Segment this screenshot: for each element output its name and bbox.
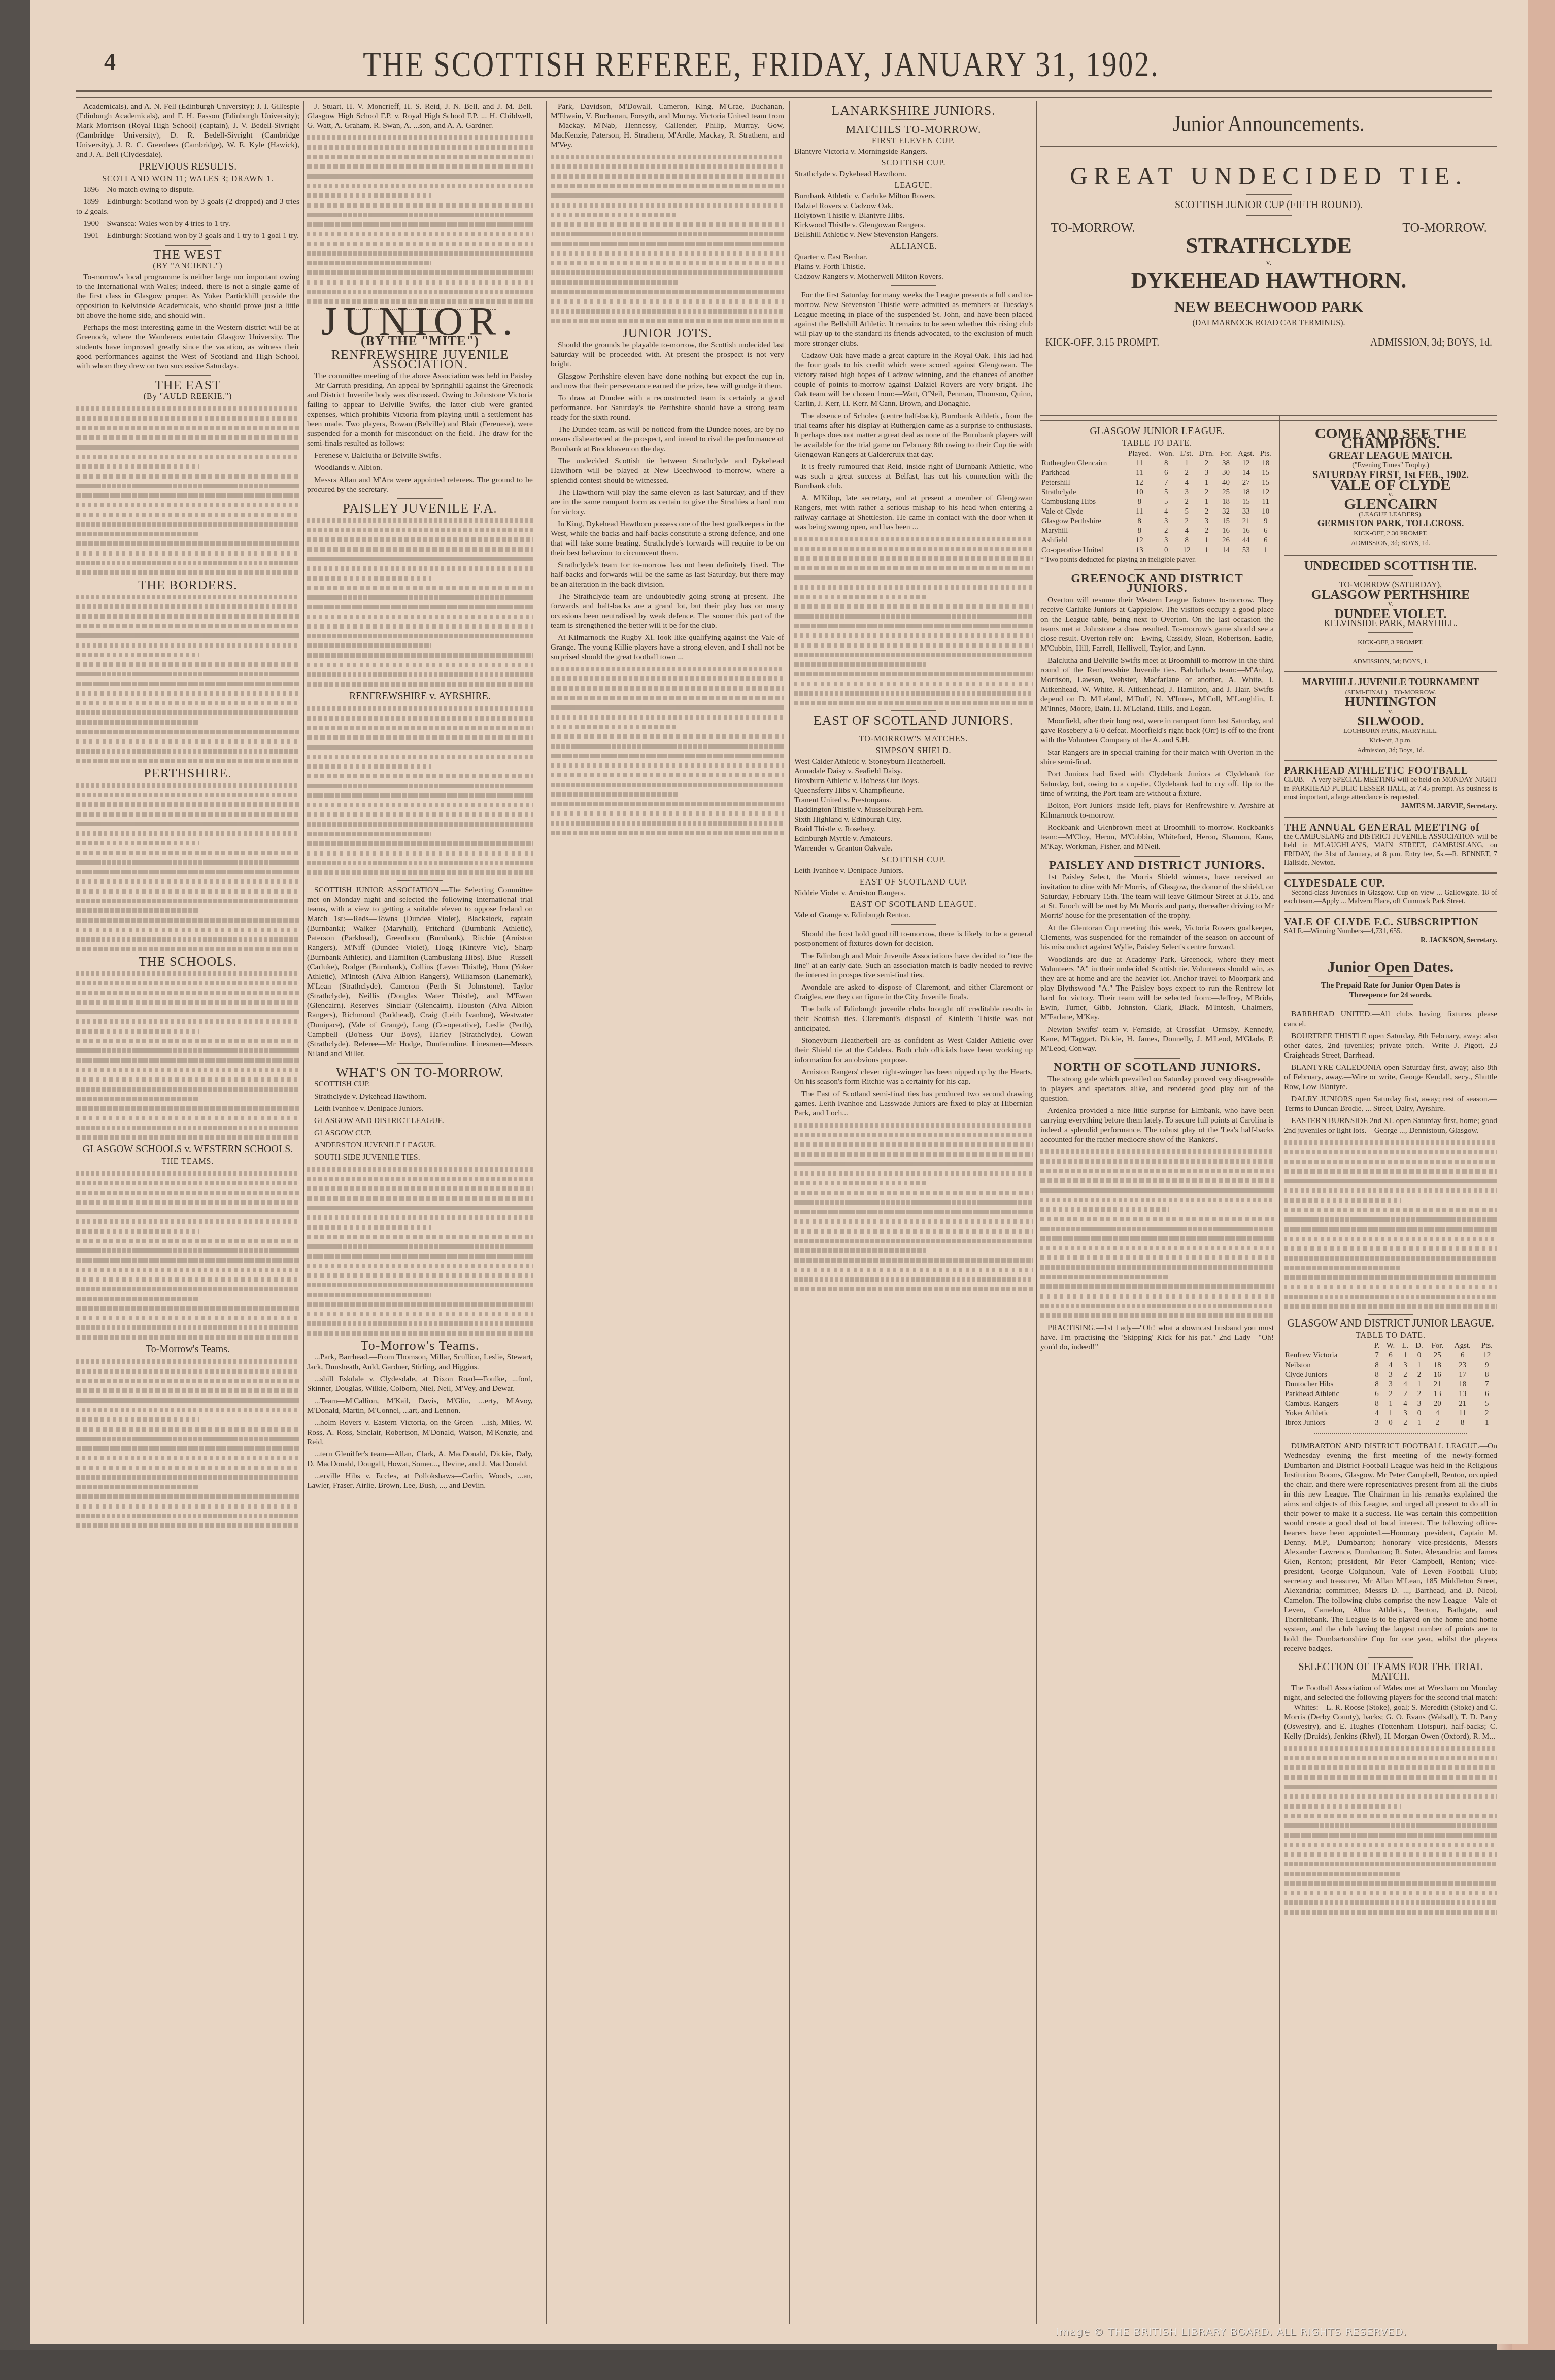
admission: ADMISSION, 3d; BOYS, 1.	[1284, 656, 1497, 666]
divider	[397, 498, 443, 499]
table-row: Parkhead11623301415	[1040, 468, 1274, 478]
team-line: ...tern Gleniffer's team—Allan, Clark, A…	[307, 1449, 533, 1469]
borders-body	[76, 595, 299, 763]
table-row: Maryhill824216166	[1040, 526, 1274, 536]
teams-body	[76, 1171, 299, 1340]
matches-tomorrow-heading: MATCHES TO-MORROW.	[794, 124, 1033, 134]
fixture: Kirkwood Thistle v. Glengowan Rangers.	[794, 220, 1033, 230]
teams-heading: THE TEAMS.	[76, 1157, 299, 1166]
divider	[891, 285, 936, 286]
kickoff: Kick-off, 3 p.m.	[1284, 735, 1497, 745]
divider	[1368, 976, 1413, 977]
competition-heading: FIRST ELEVEN CUP.	[794, 136, 1033, 146]
result-line: 1896—No match owing to dispute.	[76, 185, 299, 194]
venue: GERMISTON PARK, TOLLCROSS.	[1284, 519, 1497, 528]
table-row: Renfrew Victoria761025612	[1284, 1351, 1497, 1361]
divider	[891, 729, 936, 730]
fixture: Strathclyde v. Dykehead Hawthorn.	[794, 169, 1033, 179]
fixture: Plains v. Forth Thistle.	[794, 262, 1033, 271]
fixture: Warrender v. Granton Oakvale.	[794, 843, 1033, 853]
team-line: ...Park, Barrhead.—From Thomson, Millar,…	[307, 1352, 533, 1372]
open-dates-heading: Junior Open Dates.	[1284, 962, 1497, 972]
junior-jots-heading: JUNIOR JOTS.	[551, 328, 784, 338]
away-note: (LEAGUE LEADERS).	[1284, 509, 1497, 519]
away-team: DYKEHEAD HAWTHORN.	[1040, 267, 1497, 293]
newspaper-title: THE SCOTTISH REFEREE, FRIDAY, JANUARY 31…	[76, 44, 1446, 84]
venue: NEW BEECHWOOD PARK	[1040, 298, 1497, 316]
venue: LOCHBURN PARK, MARYHILL.	[1284, 726, 1497, 735]
team-line: ...shill Eskdale v. Clydesdale, at Dixon…	[307, 1374, 533, 1393]
schools-body	[76, 971, 299, 1140]
junior-jots-body: Should the grounds be playable to-morrow…	[551, 340, 784, 662]
table-row: Clyde Juniors832216178	[1284, 1370, 1497, 1380]
tomorrows-teams-list: ...Park, Barrhead.—From Thomson, Millar,…	[307, 1352, 533, 1490]
paragraph: Port Juniors had fixed with Clydebank Ju…	[1040, 769, 1274, 798]
east-matches-heading: TO-MORROW'S MATCHES.	[794, 734, 1033, 744]
renfrew-ayr-body	[307, 706, 533, 875]
divider	[1314, 1433, 1467, 1436]
fixture: Burnbank Athletic v. Carluke Milton Rove…	[794, 191, 1033, 201]
table-row: Petershill12741402715	[1040, 478, 1274, 488]
tournament-title: MARYHILL JUVENILE TOURNAMENT	[1284, 677, 1497, 687]
paragraph: The Hawthorn will play the same eleven a…	[551, 488, 784, 517]
paragraph: Cadzow Oak have made a great capture in …	[794, 351, 1033, 409]
versus: v.	[1040, 258, 1497, 267]
north-scotland-heading: NORTH OF SCOTLAND JUNIORS.	[1040, 1063, 1274, 1072]
fixture: Armadale Daisy v. Seafield Daisy.	[794, 766, 1033, 776]
divider	[1368, 1657, 1413, 1658]
glasgow-league-table: Played.Won.L'st.D'rn.For.Agst.Pts.Ruther…	[1040, 449, 1274, 555]
gd-league-table: P.W.L.D.For.Agst.Pts.Renfrew Victoria761…	[1284, 1341, 1497, 1428]
divider	[891, 710, 936, 711]
club-teams-body	[551, 155, 784, 323]
gd-league-sub: TABLE TO DATE.	[1284, 1331, 1497, 1340]
east-notes: Should the frost hold good till to-morro…	[794, 929, 1033, 1118]
paragraph: Should the grounds be playable to-morrow…	[551, 340, 784, 369]
table-row: Ibrox Juniors3021281	[1284, 1418, 1497, 1428]
paragraph: At Kilmarnock the Rugby XI. look like qu…	[551, 633, 784, 662]
table-row: Rutherglen Glencairn11812381218	[1040, 459, 1274, 468]
divider	[1368, 575, 1413, 576]
open-date-entry: BOURTREE THISTLE open Saturday, 8th Febr…	[1284, 1031, 1497, 1060]
divider	[1368, 1314, 1413, 1315]
glasgow-league-sub: TABLE TO DATE.	[1040, 438, 1274, 448]
lanarkshire-heading: LANARKSHIRE JUNIORS.	[794, 106, 1033, 115]
paragraph: Arniston Rangers' clever right-winger ha…	[794, 1067, 1033, 1086]
fixture: Haddington Thistle v. Musselburgh Fern.	[794, 805, 1033, 814]
fixture: West Calder Athletic v. Stoneyburn Heath…	[794, 757, 1033, 766]
table-row: Cambus. Rangers814320215	[1284, 1399, 1497, 1409]
gd-league-heading: GLASGOW AND DISTRICT JUNIOR LEAGUE.	[1284, 1319, 1497, 1329]
competition-heading: ALLIANCE.	[794, 242, 1033, 251]
tomorrows-teams-heading: To-Morrow's Teams.	[76, 1345, 299, 1354]
renfrew-ayr-heading: RENFREWSHIRE v. AYRSHIRE.	[307, 692, 533, 701]
junior-jots-continued	[551, 667, 784, 835]
renfrewshire-close: Messrs Allan and M'Ara were appointed re…	[307, 475, 533, 494]
kickoff: KICK-OFF, 3.15 PROMPT.	[1045, 337, 1159, 349]
fixture: Queensferry Hibs v. Champfleurie.	[794, 786, 1033, 795]
paragraph: The Dundee team, as will be noticed from…	[551, 425, 784, 454]
competition: SCOTTISH JUNIOR CUP (FIFTH ROUND).	[1040, 199, 1497, 211]
admission: Admission, 3d; Boys, 1d.	[1284, 745, 1497, 755]
competition-heading: EAST OF SCOTLAND CUP.	[794, 877, 1033, 887]
north-scotland-continued	[1040, 1149, 1274, 1318]
schools-heading: THE SCHOOLS.	[76, 957, 299, 966]
renfrewshire-heading: RENFREWSHIRE JUVENILE ASSOCIATION.	[307, 350, 533, 369]
whats-on-line: SOUTH-SIDE JUVENILE TIES.	[307, 1152, 533, 1162]
fixture: Braid Thistle v. Rosebery.	[794, 824, 1033, 834]
column-rule	[789, 101, 790, 2324]
dumbarton-league-text: DUMBARTON AND DISTRICT FOOTBALL LEAGUE.—…	[1284, 1441, 1497, 1653]
banner-rule	[1040, 415, 1497, 421]
team-line: ...Team—M'Callion, M'Kail, Davis, M'Glin…	[307, 1396, 533, 1415]
tie-title: UNDECIDED SCOTTISH TIE.	[1284, 561, 1497, 571]
the-west-body: To-morrow's local programme is neither l…	[76, 272, 299, 371]
column-lanarkshire: LANARKSHIRE JUNIORS. MATCHES TO-MORROW. …	[794, 101, 1033, 2324]
masthead: 4 THE SCOTTISH REFEREE, FRIDAY, JANUARY …	[76, 48, 1446, 84]
paragraph: Ardenlea provided a nice little surprise…	[1040, 1106, 1274, 1144]
fixture: Niddrie Violet v. Arniston Rangers.	[794, 888, 1033, 898]
divider	[1246, 215, 1292, 216]
greenock-body: Overton will resume their Western League…	[1040, 595, 1274, 852]
league-match: GREAT LEAGUE MATCH.	[1284, 451, 1497, 461]
fixture: Cadzow Rangers v. Motherwell Milton Rove…	[794, 271, 1033, 281]
club-teams-body	[307, 135, 533, 304]
previous-results-summary: SCOTLAND WON 11; WALES 3; DRAWN 1.	[76, 174, 299, 184]
whats-on-line: SCOTTISH CUP.	[307, 1079, 533, 1089]
paisley-juvenile-heading: PAISLEY JUVENILE F.A.	[307, 503, 533, 513]
the-west-byline: (BY "ANCIENT.")	[76, 261, 299, 271]
east-fixtures: SIMPSON SHIELD.West Calder Athletic v. S…	[794, 746, 1033, 920]
copyright-watermark: Image © THE BRITISH LIBRARY BOARD. ALL R…	[1056, 2326, 1407, 2338]
venue-note: (DALMARNOCK ROAD CAR TERMINUS).	[1040, 319, 1497, 328]
competition-heading: SCOTTISH CUP.	[794, 158, 1033, 168]
masthead-rule	[76, 90, 1492, 98]
semi-final-draw: Ferenese v. Balclutha or Belville Swifts…	[307, 451, 533, 472]
paragraph: The undecided Scottish tie between Strat…	[551, 456, 784, 485]
paragraph: The Edinburgh and Moir Juvenile Associat…	[794, 951, 1033, 980]
divider	[1134, 856, 1180, 857]
notice: VALE OF CLYDE F.C. SUBSCRIPTIONSALE.—Win…	[1284, 911, 1497, 950]
paragraph: Bolton, Port Juniors' inside left, plays…	[1040, 801, 1274, 820]
paragraph: At the Glentoran Cup meeting this week, …	[1040, 923, 1274, 952]
team-line: ...holm Rovers v. Eastern Victoria, on t…	[307, 1418, 533, 1447]
open-dates-rate-2: Threepence for 24 words.	[1284, 991, 1497, 1000]
fixture: Sixth Highland v. Edinburgh City.	[794, 814, 1033, 824]
fixture: Dalziel Rovers v. Cadzow Oak.	[794, 201, 1033, 211]
result-line: 1899—Edinburgh: Scotland won by 3 goals …	[76, 197, 299, 216]
home-team: GLASGOW PERTHSHIRE	[1284, 590, 1497, 599]
announcements-heading: Junior Announcements.	[1040, 110, 1497, 137]
paragraph: 1st Paisley Select, the Morris Shield wi…	[1040, 872, 1274, 921]
paragraph: The bulk of Edinburgh juvenile clubs bro…	[794, 1004, 1033, 1033]
fixture: Holytown Thistle v. Blantyre Hibs.	[794, 211, 1033, 220]
paragraph: The East of Scotland semi-final ties has…	[794, 1089, 1033, 1118]
paragraph: Rockbank and Glenbrown meet at Broomhill…	[1040, 823, 1274, 852]
column-rule	[303, 101, 304, 2324]
table-row: Cambuslang Hibs8521181511	[1040, 497, 1274, 507]
draw-line: Woodlands v. Albion.	[307, 463, 533, 472]
paragraph: Glasgow Perthshire eleven have done noth…	[551, 371, 784, 391]
paragraph: Star Rangers are in special training for…	[1040, 747, 1274, 767]
the-east-body	[76, 406, 299, 575]
kickoff: KICK-OFF, 2.30 PROMPT.	[1284, 528, 1497, 538]
whats-on-line: ANDERSTON JUVENILE LEAGUE.	[307, 1140, 533, 1150]
paragraph: In King, Dykehead Hawthorn possess one o…	[551, 519, 784, 558]
table-row: Ashfield1238126446	[1040, 536, 1274, 546]
paragraph: The Strathclyde team are undoubtedly goi…	[551, 592, 784, 630]
maryhill-tournament-ad: MARYHILL JUVENILE TOURNAMENT (SEMI-FINAL…	[1284, 671, 1497, 760]
paragraph: Should the frost hold good till to-morro…	[794, 929, 1033, 948]
scottish-tie-ad: UNDECIDED SCOTTISH TIE. TO-MORROW (SATUR…	[1284, 555, 1497, 671]
notice: THE ANNUAL GENERAL MEETING ofthe CAMBUSL…	[1284, 817, 1497, 872]
table-row: Co-operative United13012114531	[1040, 546, 1274, 555]
team-line: ...erville Hibs v. Eccles, at Pollokshaw…	[307, 1471, 533, 1490]
paragraph: Stoneyburn Heatherbell are as confident …	[794, 1036, 1033, 1065]
paragraph: To draw at Dundee with a reconstructed t…	[551, 393, 784, 422]
paragraph: The absence of Scholes (centre half-back…	[794, 411, 1033, 459]
whats-on-heading: WHAT'S ON TO-MORROW.	[307, 1068, 533, 1077]
whats-on-list: SCOTTISH CUP.Strathclyde v. Dykehead Haw…	[307, 1079, 533, 1162]
paragraph: Strathclyde's team for to-morrow has not…	[551, 560, 784, 589]
home-team: VALE OF CLYDE	[1284, 480, 1497, 490]
north-scotland-body: The strong gale which prevailed on Satur…	[1040, 1074, 1274, 1144]
fixture: Bellshill Athletic v. New Stevenston Ran…	[794, 230, 1033, 240]
divider	[397, 880, 443, 881]
glasgow-schools-heading: GLASGOW SCHOOLS v. WESTERN SCHOOLS.	[76, 1145, 299, 1154]
divider	[1134, 569, 1180, 570]
open-dates-list: BARRHEAD UNITED.—All clubs having fixtur…	[1284, 1009, 1497, 1135]
whats-on-body	[307, 1167, 533, 1336]
away-team: GLENCAIRN	[1284, 499, 1497, 509]
practising-joke: PRACTISING.—1st Lady—"Oh! what a downcas…	[1040, 1323, 1274, 1352]
table-row: Yoker Athletic41304112	[1284, 1409, 1497, 1418]
home-team: HUNTINGTON	[1284, 697, 1497, 706]
admission: ADMISSION, 3d; BOYS, 1d.	[1370, 337, 1492, 349]
renfrewshire-body: The committee meeting of the above Assoc…	[307, 371, 533, 448]
result-line: 1900—Swansea: Wales won by 4 tries to 1 …	[76, 219, 299, 228]
paragraph: Balclutha and Belville Swifts meet at Br…	[1040, 656, 1274, 713]
competition-heading: SIMPSON SHIELD.	[794, 746, 1033, 756]
paragraph: For the first Saturday for many weeks th…	[794, 290, 1033, 348]
divider	[165, 375, 211, 376]
venue: KELVINSIDE PARK, MARYHILL.	[1284, 619, 1497, 628]
previous-results-heading: PREVIOUS RESULTS.	[76, 162, 299, 172]
the-east-byline: (By "AULD REEKIE.")	[76, 392, 299, 401]
competition-heading: EAST OF SCOTLAND LEAGUE.	[794, 900, 1033, 909]
divider	[1368, 1004, 1413, 1005]
club-teams-text: Park, Davidson, M'Dowall, Cameron, King,…	[551, 101, 784, 150]
club-teams-text: J. Stuart, H. V. Moncrieff, H. S. Reid, …	[307, 101, 533, 130]
home-team: STRATHCLYDE	[1040, 232, 1497, 258]
the-west-heading: THE WEST	[76, 250, 299, 259]
paragraph: Moorfield, after their long rest, were i…	[1040, 716, 1274, 745]
tomorrows-teams-heading: To-Morrow's Teams.	[307, 1341, 533, 1350]
away-team: DUNDEE VIOLET.	[1284, 609, 1497, 619]
whats-on-line: GLASGOW CUP.	[307, 1128, 533, 1138]
perthshire-heading: PERTHSHIRE.	[76, 768, 299, 778]
divider	[1368, 651, 1413, 652]
column-rule	[1036, 101, 1037, 2324]
table-row: Vale of Clyde11452323310	[1040, 507, 1274, 517]
open-date-entry: BLANTYRE CALEDONIA open Saturday first, …	[1284, 1063, 1497, 1092]
sja-trial-teams: SCOTTISH JUNIOR ASSOCIATION.—The Selecti…	[307, 885, 533, 1059]
junior-heading: JUNIOR.	[307, 317, 533, 327]
competition-heading: SCOTTISH CUP.	[794, 855, 1033, 865]
paragraph: A. M'Kilop, late secretary, and at prese…	[794, 493, 1033, 532]
away-team: SILWOOD.	[1284, 716, 1497, 726]
east-scotland-heading: EAST OF SCOTLAND JUNIORS.	[794, 716, 1033, 725]
glasgow-league-heading: GLASGOW JUNIOR LEAGUE.	[1040, 427, 1274, 436]
notice: PARKHEAD ATHLETIC FOOTBALLCLUB.—A very S…	[1284, 760, 1497, 817]
column-rule	[546, 101, 547, 2324]
result-line: 1901—Edinburgh: Scotland won by 3 goals …	[76, 231, 299, 241]
greenock-heading: GREENOCK AND DISTRICT JUNIORS.	[1040, 574, 1274, 593]
column-junior: J. Stuart, H. V. Moncrieff, H. S. Reid, …	[307, 101, 533, 2324]
table-row: Glasgow Perthshire832315219	[1040, 517, 1274, 526]
lanarkshire-notes: For the first Saturday for many weeks th…	[794, 290, 1033, 532]
league-footnote: * Two points deducted for playing an ine…	[1040, 555, 1274, 565]
whats-on-line: Leith Ivanhoe v. Denipace Juniors.	[307, 1104, 533, 1113]
paisley-district-heading: PAISLEY AND DISTRICT JUNIORS.	[1040, 861, 1274, 870]
divider	[397, 1063, 443, 1064]
great-tie-title: GREAT UNDECIDED TIE.	[1040, 162, 1497, 190]
when-right: TO-MORROW.	[1402, 220, 1487, 235]
notice: CLYDESDALE CUP.—Second-class Juveniles i…	[1284, 872, 1497, 911]
kickoff: KICK-OFF, 3 PROMPT.	[1284, 637, 1497, 647]
open-date-entry: BARRHEAD UNITED.—All clubs having fixtur…	[1284, 1009, 1497, 1029]
paragraph: The strong gale which prevailed on Satur…	[1040, 1074, 1274, 1103]
competition-heading: LEAGUE.	[794, 181, 1033, 190]
the-east-heading: THE EAST	[76, 380, 299, 390]
table-row: Parkhead Athletic622213136	[1284, 1389, 1497, 1399]
fixture: Broxburn Athletic v. Bo'ness Our Boys.	[794, 776, 1033, 786]
fixture: Vale of Grange v. Edinburgh Renton.	[794, 910, 1033, 920]
paragraph: Overton will resume their Western League…	[1040, 595, 1274, 653]
whats-on-line: GLASGOW AND DISTRICT LEAGUE.	[307, 1116, 533, 1126]
fixture: Leith Ivanhoe v. Denipace Juniors.	[794, 866, 1033, 875]
column-junior-jots: Park, Davidson, M'Dowall, Cameron, King,…	[551, 101, 784, 2324]
column-rule	[1279, 416, 1280, 2324]
rugby-team-text: Academicals), and A. N. Fell (Edinburgh …	[76, 101, 299, 159]
divider	[1040, 146, 1497, 147]
tomorrows-teams-body	[76, 1359, 299, 1528]
paragraph: Perhaps the most interesting game in the…	[76, 323, 299, 371]
selection-text: The Football Association of Wales met at…	[1284, 1683, 1497, 1741]
divider	[1246, 194, 1292, 195]
table-row: Strathclyde10532251812	[1040, 488, 1274, 497]
fixture: Quarter v. East Benhar.	[794, 252, 1033, 262]
selection-continued	[1284, 1746, 1497, 1915]
table-row: Duntocher Hibs834121187	[1284, 1380, 1497, 1389]
divider	[1368, 632, 1413, 633]
whats-on-line: Strathclyde v. Dykehead Hawthorn.	[307, 1092, 533, 1101]
east-notes-continued	[794, 1123, 1033, 1291]
fixture: Edinburgh Myrtle v. Amateurs.	[794, 834, 1033, 843]
paragraph: It is freely rumoured that Reid, inside …	[794, 462, 1033, 491]
paisley-district-body: 1st Paisley Select, the Morris Shield wi…	[1040, 872, 1274, 1053]
draw-line: Ferenese v. Balclutha or Belville Swifts…	[307, 451, 533, 460]
open-date-entry: EASTERN BURNSIDE 2nd XI. open Saturday f…	[1284, 1116, 1497, 1135]
admission: ADMISSION, 3d; BOYS, 1d.	[1284, 538, 1497, 548]
open-dates-continued	[1284, 1140, 1497, 1309]
table-row: Neilston843118239	[1284, 1361, 1497, 1370]
paisley-juvenile-body	[307, 518, 533, 687]
lanarkshire-fixtures: FIRST ELEVEN CUP.Blantyre Victoria v. Mo…	[794, 136, 1033, 281]
column-ads: COME AND SEE THE CHAMPIONS. GREAT LEAGUE…	[1284, 424, 1497, 2324]
open-date-entry: DALRY JUNIORS open Saturday first, away;…	[1284, 1094, 1497, 1113]
fixture: Tranent United v. Prestonpans.	[794, 795, 1033, 805]
divider	[1134, 1058, 1180, 1059]
paragraph: Woodlands are due at Academy Park, Green…	[1040, 955, 1274, 1022]
divider	[891, 924, 936, 925]
column-districts: GLASGOW JUNIOR LEAGUE. TABLE TO DATE. Pl…	[1040, 424, 1274, 2324]
scan-border	[0, 2350, 1555, 2380]
club-notices: PARKHEAD ATHLETIC FOOTBALLCLUB.—A very S…	[1284, 760, 1497, 950]
divider	[165, 245, 211, 246]
borders-heading: THE BORDERS.	[76, 580, 299, 590]
junior-announcements: Junior Announcements. GREAT UNDECIDED TI…	[1040, 101, 1497, 349]
perthshire-body	[76, 783, 299, 951]
selection-heading: SELECTION OF TEAMS FOR THE TRIAL MATCH.	[1284, 1662, 1497, 1682]
fixture: Blantyre Victoria v. Morningside Rangers…	[794, 147, 1033, 156]
column-rugby: Academicals), and A. N. Fell (Edinburgh …	[76, 101, 299, 2324]
paragraph: Avondale are asked to dispose of Claremo…	[794, 982, 1033, 1002]
when-left: TO-MORROW.	[1051, 220, 1135, 235]
results-list: 1896—No match owing to dispute.1899—Edin…	[76, 185, 299, 241]
open-dates-rate: The Prepaid Rate for Junior Open Dates i…	[1284, 981, 1497, 991]
lanarkshire-notes-continued	[794, 537, 1033, 705]
paragraph: Newton Swifts' team v. Fernside, at Cros…	[1040, 1025, 1274, 1053]
paragraph: To-morrow's local programme is neither l…	[76, 272, 299, 320]
divider	[891, 119, 936, 120]
